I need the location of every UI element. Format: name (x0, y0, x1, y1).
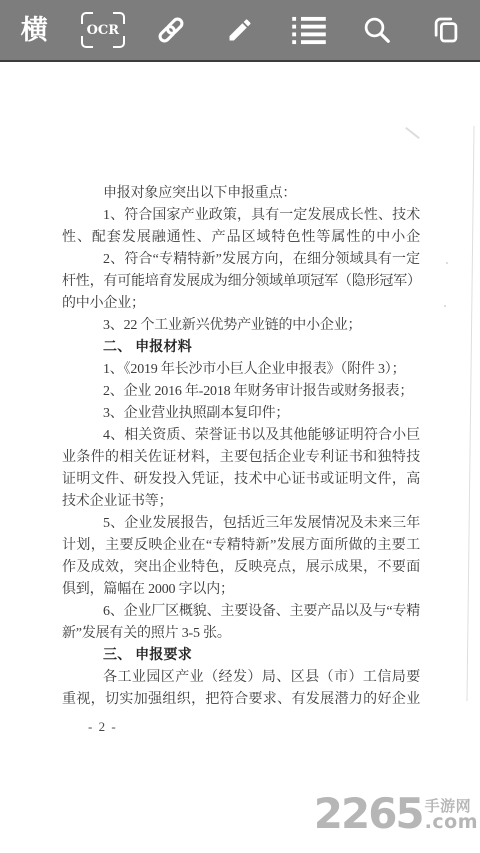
link-chain-icon (155, 14, 187, 46)
text-line: 重视，切实加强组织，把符合要求、有发展潜力的好企业推 (62, 689, 420, 711)
text-line: 技术企业证书等； (62, 491, 420, 513)
app-screen: 横 OCR (0, 0, 480, 853)
page-number: - 2 - (88, 719, 117, 735)
text-line: 二、 申报材料 (62, 337, 420, 359)
link-button[interactable] (137, 0, 206, 60)
watermark-suffix: 手游网 .com (425, 799, 478, 831)
text-line: 性、配套发展融通性、产品区域特色性等属性的中小企业。 (62, 227, 420, 249)
copy-button[interactable] (411, 0, 480, 60)
text-line: 2、企业 2016 年-2018 年财务审计报告或财务报表； (62, 381, 420, 403)
text-line: 俱到，篇幅在 2000 字以内； (62, 579, 420, 601)
scan-artifact-line (466, 126, 474, 701)
text-line: 证明文件、研发投入凭证，技术中心证书或证明文件，高新 (62, 469, 420, 491)
document-page[interactable]: 申报对象应突出以下申报重点：1、符合国家产业政策，具有一定发展成长性、技术创新性… (0, 62, 480, 853)
landscape-text-icon: 横 (21, 17, 48, 44)
text-line: 1、《2019 年长沙市小巨人企业申报表》（附件 3）； (62, 359, 420, 381)
document-text: 申报对象应突出以下申报重点：1、符合国家产业政策，具有一定发展成长性、技术创新性… (62, 183, 420, 711)
text-line: 计划，主要反映企业在“专精特新”发展方面所做的主要工 (62, 535, 420, 557)
copy-pages-icon (431, 15, 461, 45)
watermark-number: 2265 (314, 797, 423, 831)
edit-button[interactable] (206, 0, 275, 60)
ocr-corner (81, 12, 93, 24)
ocr-corner (113, 36, 125, 48)
ocr-label: OCR (87, 24, 119, 37)
text-line: 3、企业营业执照副本复印件； (62, 403, 420, 425)
text-line: 3、22 个工业新兴优势产业链的中小企业； (62, 315, 420, 337)
text-line: 申报对象应突出以下申报重点： (62, 183, 420, 205)
ocr-corner (81, 36, 93, 48)
text-line: 2、符合“专精特新”发展方向，在细分领域具有一定标 (62, 249, 420, 271)
text-line: 作及成效，突出企业特色，反映亮点，展示成果，不要面面 (62, 557, 420, 579)
text-line: 新”发展有关的照片 3-5 张。 (62, 623, 420, 645)
text-line: 三、 申报要求 (62, 645, 420, 667)
scan-artifact-speck (446, 262, 448, 264)
text-line: 5、企业发展报告，包括近三年发展情况及未来三年发展 (62, 513, 420, 535)
rotate-landscape-button[interactable]: 横 (0, 0, 69, 60)
ocr-scan-frame-icon: OCR (81, 12, 125, 48)
toolbar: 横 OCR (0, 0, 480, 62)
bulleted-list-icon (292, 15, 326, 46)
ocr-button[interactable]: OCR (69, 0, 138, 60)
watermark-com-label: .com (425, 814, 478, 831)
search-button[interactable] (343, 0, 412, 60)
contents-button[interactable] (274, 0, 343, 60)
scan-artifact-speck (444, 305, 446, 307)
text-line: 的中小企业； (62, 293, 420, 315)
text-line: 6、企业厂区概貌、主要设备、主要产品以及与“专精特 (62, 601, 420, 623)
scan-artifact-mark (405, 127, 420, 139)
text-line: 杆性，有可能培育发展成为细分领域单项冠军（隐形冠军） (62, 271, 420, 293)
text-line: 4、相关资质、荣誉证书以及其他能够证明符合小巨人企 (62, 425, 420, 447)
text-line: 1、符合国家产业政策，具有一定发展成长性、技术创新 (62, 205, 420, 227)
watermark: 2265 手游网 .com (314, 797, 478, 831)
text-line: 各工业园区产业（经发）局、区县（市）工信局要高度 (62, 667, 420, 689)
text-line: 业条件的相关佐证材料，主要包括企业专利证书和独特技术 (62, 447, 420, 469)
pencil-icon (226, 16, 254, 44)
magnifier-icon (362, 15, 392, 45)
ocr-corner (113, 12, 125, 24)
